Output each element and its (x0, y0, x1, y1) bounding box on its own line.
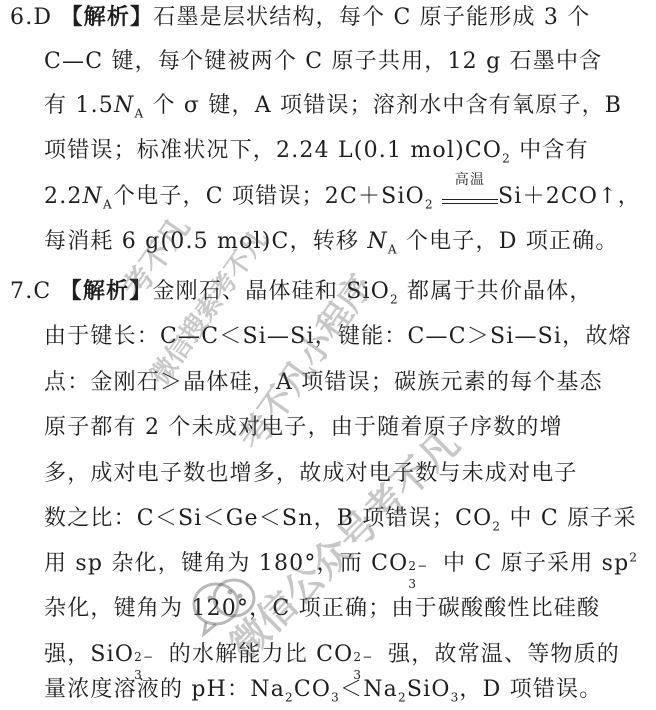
q7-line-6: 数之比：C＜Si＜Ge＜Sn，B 项错误；CO2 中 C 原子采 (44, 504, 637, 534)
q7-line-7: 用 sp 杂化，键角为 180°，而 CO2−3 中 C 原子采用 sp2 (44, 549, 638, 579)
q6-line-2: C—C 键，每个键被两个 C 原子共用，12 g 石墨中含 (44, 47, 602, 77)
q7-line-10: 量浓度溶液的 pH：Na2CO3＜Na2SiO3，D 项错误。 (44, 675, 602, 705)
q6-answer: D (33, 5, 52, 30)
q7-answer: C (33, 279, 51, 304)
q6-line-5-equation: 2.2NA个电子，C 项错误；2C＋SiO2 高温Si＋2CO↑， (44, 182, 641, 212)
q7-number: 7. (10, 279, 33, 304)
watermark-text: 微信公众号考不凡 (215, 415, 469, 669)
q7-line-2: 由于键长：C—C＜Si—Si，键能：C—C＞Si—Si，故熔 (44, 322, 632, 352)
q7-line-9: 强，SiO2−3 的水解能力比 CO2−3 强，故常温、等物质的 (44, 640, 620, 670)
reaction-condition: 高温 (442, 187, 498, 212)
q6-text: 石墨是层状结构，每个 C 原子能形成 3 个 (153, 5, 590, 30)
q6-line-3: 有 1.5NA 个 σ 键，A 项错误；溶剂水中含有氧原子，B (44, 91, 622, 121)
q7-line-4: 原子都有 2 个未成对电子，由于随着原子序数的增 (44, 413, 563, 443)
q6-line-6: 每消耗 6 g(0.5 mol)C，转移 NA 个电子，D 项正确。 (44, 227, 619, 257)
q6-number: 6. (10, 5, 33, 30)
q6-analysis-tag: 【解析】 (60, 5, 153, 30)
q6-line-1: 6.D 【解析】石墨是层状结构，每个 C 原子能形成 3 个 (10, 3, 590, 33)
q7-line-3: 点：金刚石＞晶体硅，A 项错误；碳族元素的每个基态 (44, 368, 603, 398)
q7-line-5: 多，成对电子数也增多，故成对电子数与未成对电子 (44, 459, 578, 489)
answer-explanation-page: 6.D 【解析】石墨是层状结构，每个 C 原子能形成 3 个 C—C 键，每个键… (0, 0, 656, 710)
q7-line-1: 7.C 【解析】金刚石、晶体硅和 SiO2 都属于共价晶体， (10, 277, 593, 307)
q7-analysis-tag: 【解析】 (60, 279, 153, 304)
q7-line-8: 杂化，键角为 120°，C 项正确；由于碳酸酸性比硅酸 (44, 594, 600, 624)
q6-line-4: 项错误；标准状况下，2.24 L(0.1 mol)CO2 中含有 (44, 136, 589, 166)
